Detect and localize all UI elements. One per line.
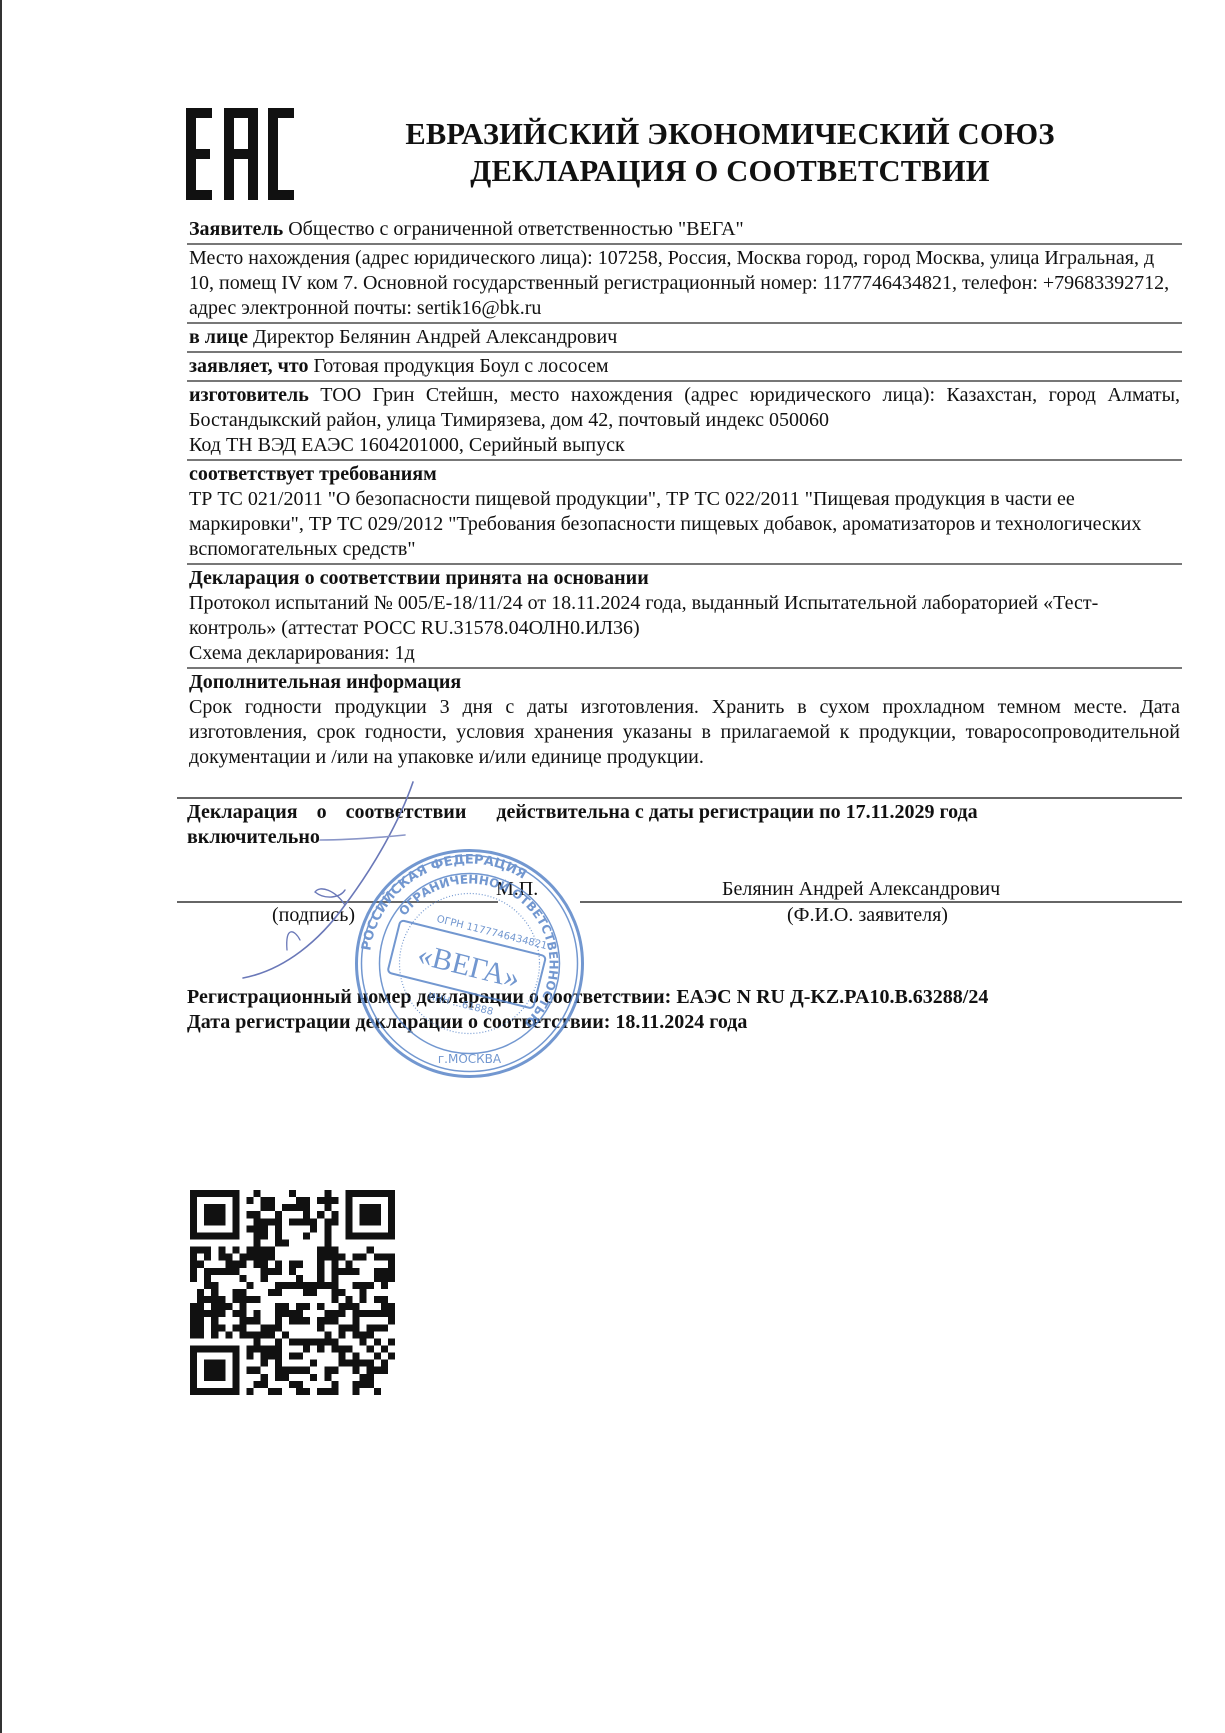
manufacturer-label: изготовитель [189,384,309,406]
applicant-label: Заявитель [189,218,283,240]
represented-by-label: в лице [189,326,248,348]
applicant-section: Заявитель Общество с ограниченной ответс… [187,216,1182,245]
eac-mark-icon [186,108,294,200]
manufacturer-section: изготовитель ТОО Грин Стейшн, место нахо… [187,382,1182,461]
qr-code-icon[interactable] [190,1190,395,1395]
additional-value: Срок годности продукции 3 дня с даты изг… [189,695,1180,770]
product-code: Код ТН ВЭД ЕАЭС 1604201000, Серийный вып… [189,433,1180,458]
represented-by-value: Директор Белянин Андрей Александрович [248,326,617,348]
applicant-address: Место нахождения (адрес юридического лиц… [189,246,1180,321]
document-header: ЕВРАЗИЙСКИЙ ЭКОНОМИЧЕСКИЙ СОЮЗ ДЕКЛАРАЦИ… [330,116,1130,190]
basis-section: Декларация о соответствии принята на осн… [187,565,1182,669]
requirements-label: соответствует требованиям [189,462,1180,487]
registration-number-line: Регистрационный номер декларации о соотв… [187,985,988,1010]
applicant-name: Общество с ограниченной ответственностью… [283,218,744,240]
additional-section: Дополнительная информация Срок годности … [187,669,1182,771]
name-rule [580,901,1182,903]
svg-text:г.МОСКВА: г.МОСКВА [438,1052,502,1066]
registration-number: ЕАЭС N RU Д-KZ.PA10.B.63288/24 [676,986,988,1008]
registration-date: 18.11.2024 года [615,1011,747,1033]
requirements-value: ТР ТС 021/2011 "О безопасности пищевой п… [189,487,1180,562]
applicant-address-section: Место нахождения (адрес юридического лиц… [187,245,1182,324]
handwritten-signature-icon [225,780,435,980]
signer-name: Белянин Андрей Александрович [722,878,1000,901]
svg-text:ИНН ...61888: ИНН ...61888 [426,991,494,1018]
additional-label: Дополнительная информация [189,670,1180,695]
basis-value: Протокол испытаний № 005/Е-18/11/24 от 1… [189,591,1180,641]
name-caption: (Ф.И.О. заявителя) [787,904,948,927]
header-declaration-title: ДЕКЛАРАЦИЯ О СООТВЕТСТВИИ [330,153,1130,190]
product-name: Готовая продукция Боул с лососем [308,355,608,377]
represented-by-section: в лице Директор Белянин Андрей Александр… [187,324,1182,353]
declares-label: заявляет, что [189,355,308,377]
declares-section: заявляет, что Готовая продукция Боул с л… [187,353,1182,382]
declaration-scheme: Схема декларирования: 1д [189,641,1180,666]
registration-block: Регистрационный номер декларации о соотв… [187,985,988,1035]
basis-label: Декларация о соответствии принята на осн… [189,566,1180,591]
page-left-border [0,0,2,1733]
registration-date-line: Дата регистрации декларации о соответств… [187,1010,988,1035]
validity-part2: действительна с даты регистрации по 17.1… [496,801,977,823]
declaration-body: Заявитель Общество с ограниченной ответс… [187,216,1182,771]
requirements-section: соответствует требованиям ТР ТС 021/2011… [187,461,1182,565]
manufacturer-value: ТОО Грин Стейшн, место нахождения (адрес… [189,384,1180,431]
header-union-title: ЕВРАЗИЙСКИЙ ЭКОНОМИЧЕСКИЙ СОЮЗ [330,116,1130,153]
